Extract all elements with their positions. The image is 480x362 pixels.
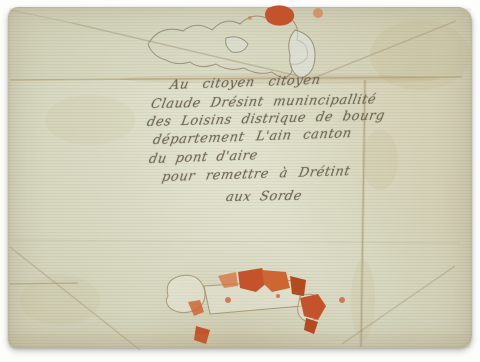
letter-photograph: Au citoyen citoyen Claude Drésint muninc… <box>0 0 480 362</box>
address-line: pour remettre à Drétint <box>161 164 352 185</box>
address-line: département L'ain canton <box>152 126 353 148</box>
address-line: du pont d'aire <box>148 148 259 167</box>
address-line: aux Sorde <box>225 189 304 205</box>
address-line: Au citoyen citoyen <box>169 73 322 93</box>
handwritten-address-block: Au citoyen citoyen Claude Drésint muninc… <box>0 0 480 362</box>
